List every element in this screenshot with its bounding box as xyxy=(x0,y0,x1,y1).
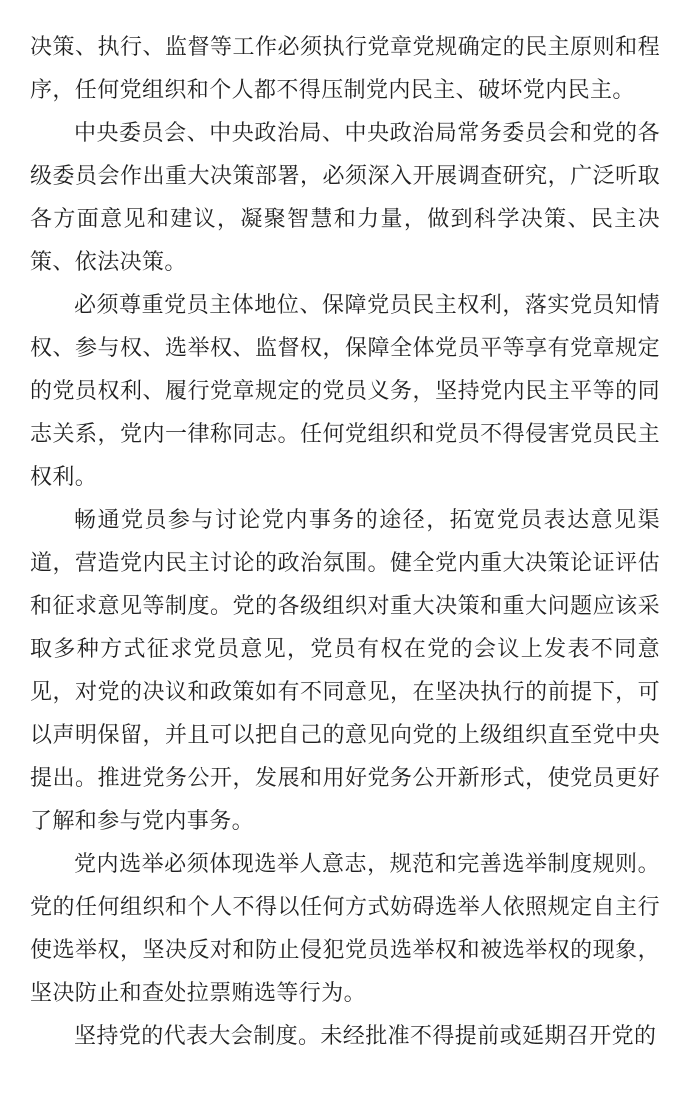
paragraph-continuation: 决策、执行、监督等工作必须执行党章党规确定的民主原则和程序，任何党组织和个人都不… xyxy=(30,25,660,111)
document-page: 决策、执行、监督等工作必须执行党章党规确定的民主原则和程序，任何党组织和个人都不… xyxy=(0,0,691,1096)
paragraph-party-affairs-discussion: 畅通党员参与讨论党内事务的途径，拓宽党员表达意见渠道，营造党内民主讨论的政治氛围… xyxy=(30,498,660,842)
paragraph-member-rights: 必须尊重党员主体地位、保障党员民主权利，落实党员知情权、参与权、选举权、监督权，… xyxy=(30,283,660,498)
paragraph-central-committee-decisions: 中央委员会、中央政治局、中央政治局常务委员会和党的各级委员会作出重大决策部署，必… xyxy=(30,111,660,283)
paragraph-congress-system-partial: 坚持党的代表大会制度。未经批准不得提前或延期召开党的 xyxy=(30,1014,660,1057)
paragraph-inner-party-elections: 党内选举必须体现选举人意志，规范和完善选举制度规则。党的任何组织和个人不得以任何… xyxy=(30,842,660,1014)
